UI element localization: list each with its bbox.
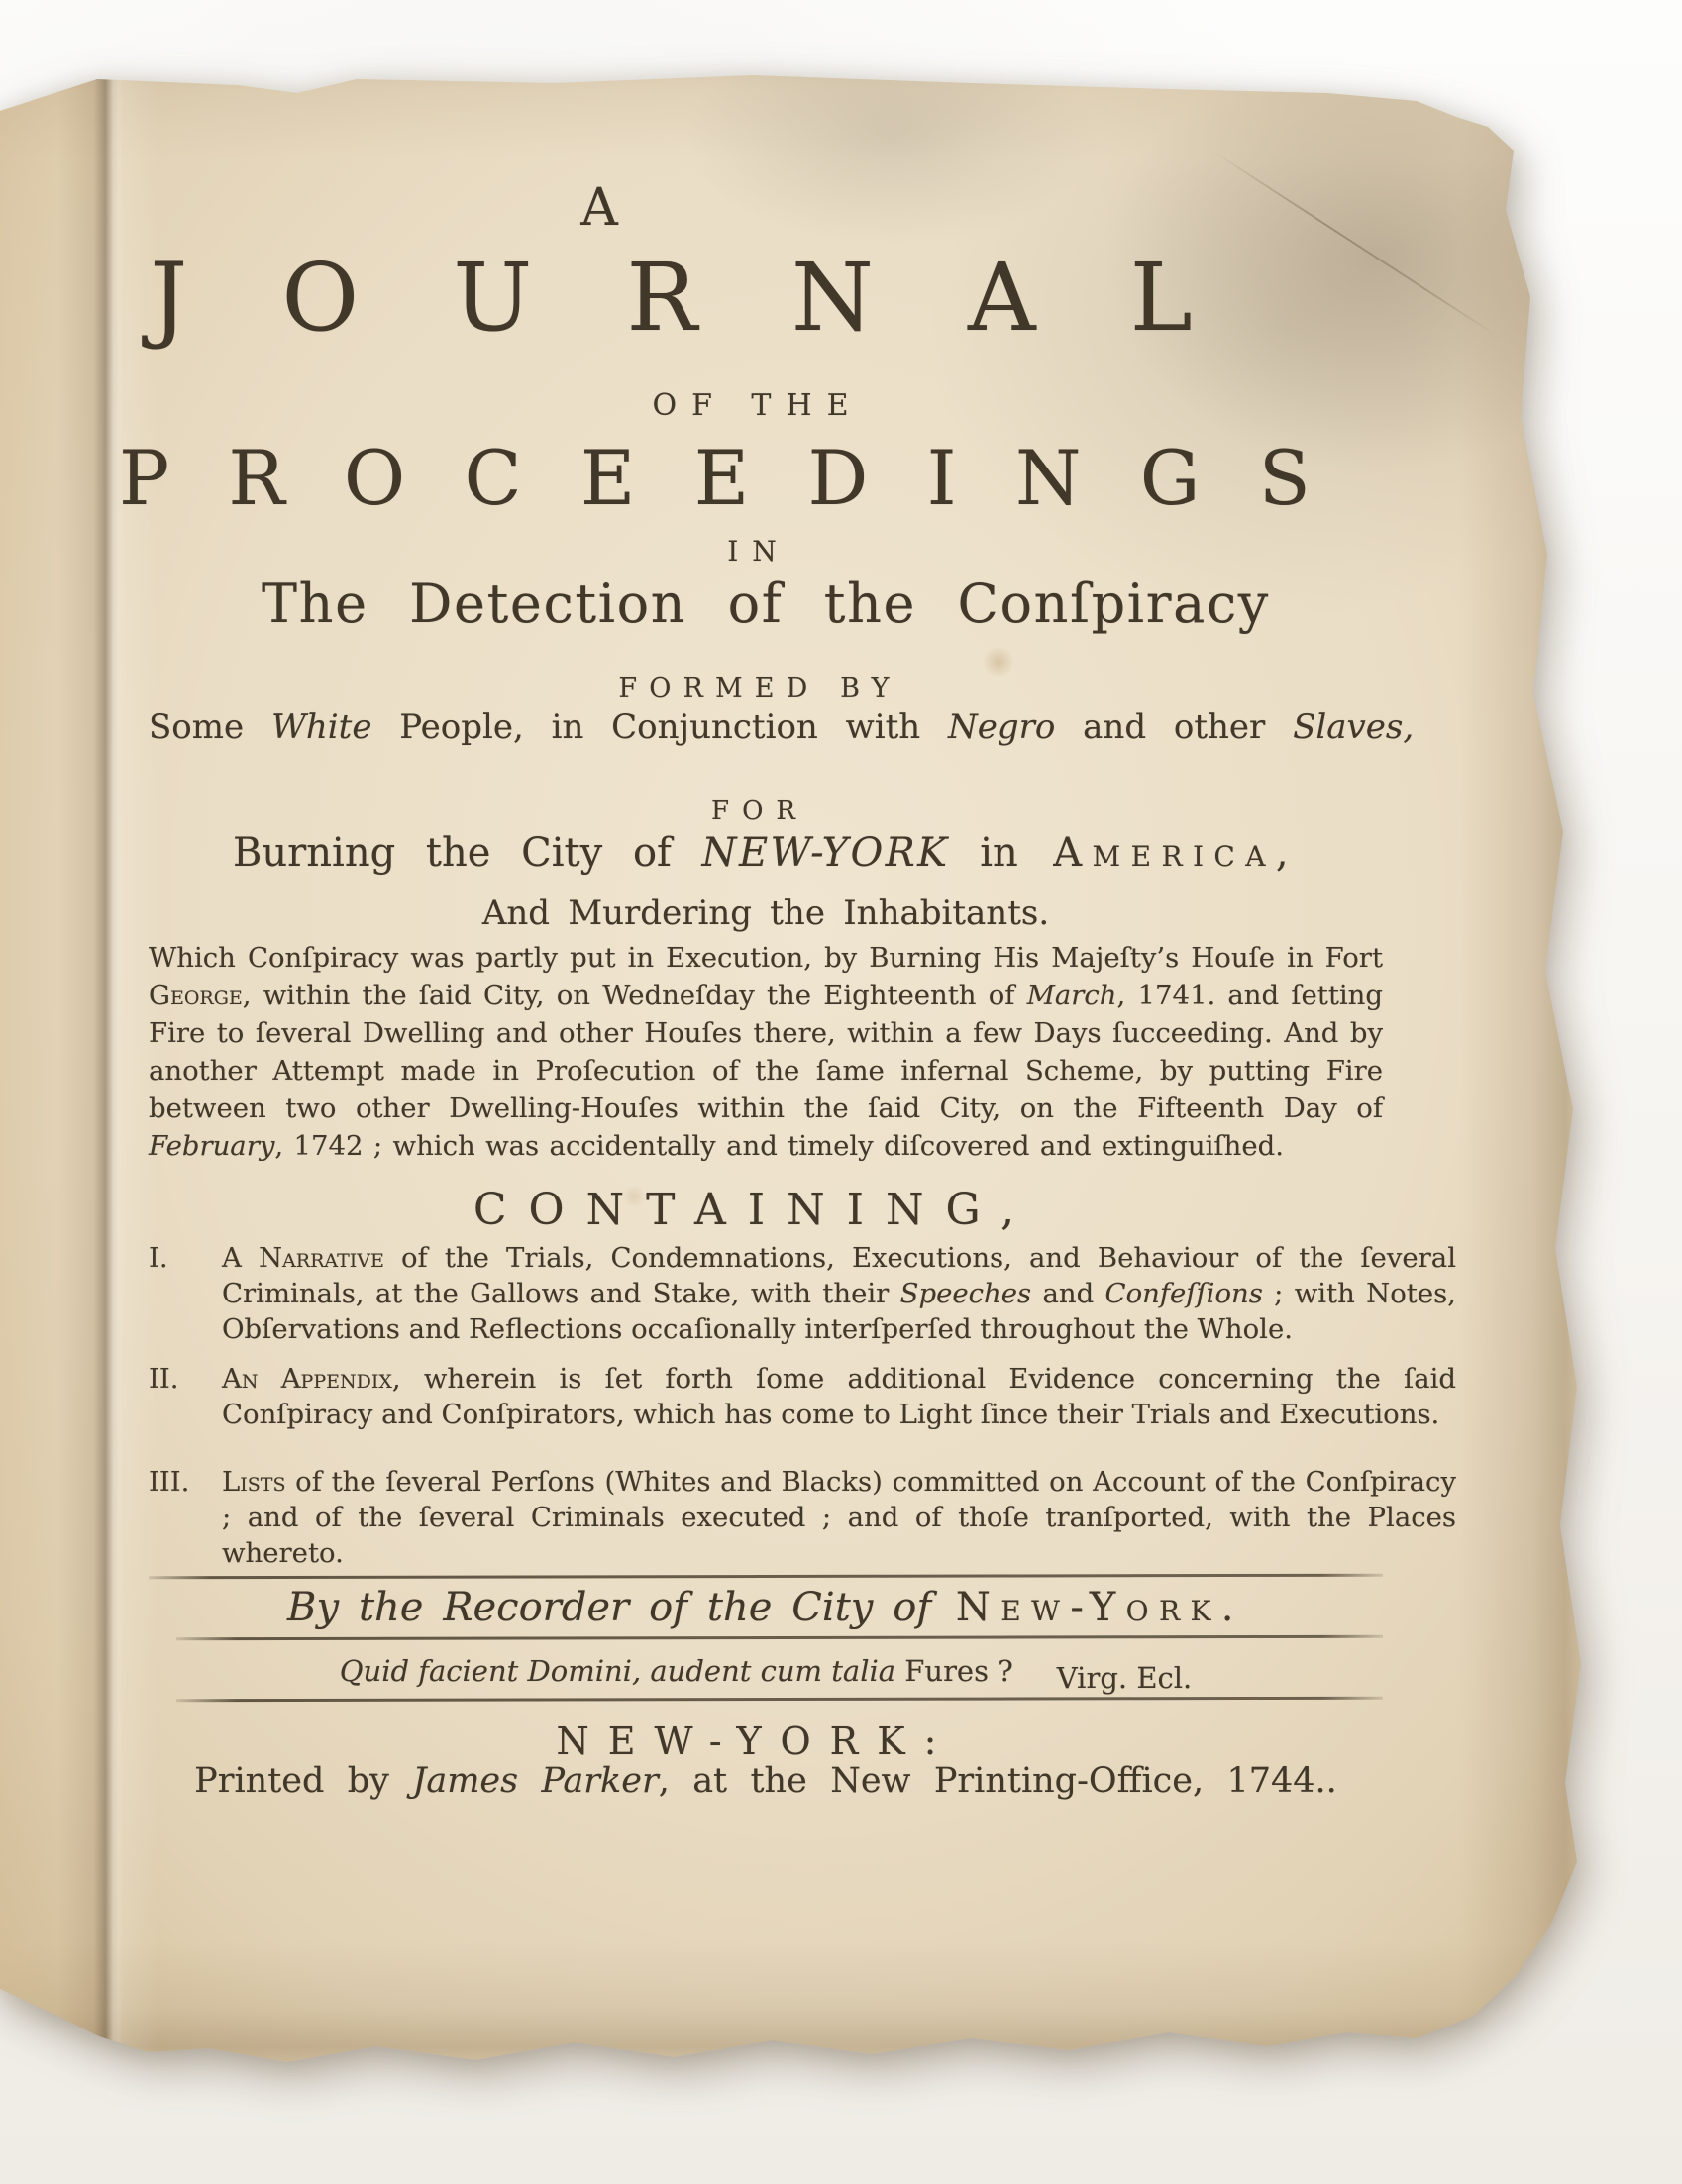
containing-heading: CONTAINING, (138, 1185, 1372, 1235)
title-in: IN (142, 535, 1376, 568)
formed-by-heading: FORMED BY (143, 674, 1377, 704)
text-run: Some (149, 707, 271, 747)
title-proceedings: PROCEEDINGS (119, 434, 1353, 522)
purpose-line: Burning the City of NEW-YORK in America, (149, 830, 1383, 876)
text-run: February (149, 1130, 274, 1162)
text-run: People, in Conjunction with (371, 707, 948, 747)
contents-item-1: I.A Narrative of the Trials, Condemnatio… (149, 1240, 1456, 1347)
text-run: Burning the City of (233, 830, 702, 876)
title-of-the: OF THE (141, 388, 1375, 423)
latin-motto: Quid facient Domini, audent cum talia Fu… (149, 1654, 1383, 1688)
motto-attribution: Virg. Ecl. (1057, 1661, 1192, 1695)
imprint-line: Printed by James Parker, at the New Prin… (149, 1761, 1383, 1801)
horizontal-rule-3 (176, 1697, 1383, 1703)
text-run: Quid facient Domini, audent cum talia (340, 1654, 905, 1688)
byline: By the Recorder of the City of New-York. (149, 1585, 1383, 1630)
text-run: , 1742 ; which was accidentally and time… (274, 1130, 1284, 1162)
text-run: A Narrative (222, 1242, 384, 1274)
page-content: A JOURNAL OF THE PROCEEDINGS IN The Dete… (149, 0, 1383, 2184)
formed-by-whom-line: Some White People, in Conjunction with N… (149, 707, 1383, 747)
photograph-backdrop: A JOURNAL OF THE PROCEEDINGS IN The Dete… (0, 0, 1682, 2184)
contents-item-2: II.An Appendix, wherein is ſet forth ſom… (149, 1361, 1456, 1432)
text-run: Slaves, (1293, 707, 1414, 747)
book-title-page: A JOURNAL OF THE PROCEEDINGS IN The Dete… (0, 0, 1682, 2184)
text-run: An Appendix (222, 1363, 392, 1395)
title-main: JOURNAL (101, 244, 1335, 353)
page-shadow: A JOURNAL OF THE PROCEEDINGS IN The Dete… (0, 0, 1682, 2184)
item-numeral: I. (149, 1240, 222, 1276)
item-numeral: II. (149, 1361, 222, 1397)
imprint-city: NEW-YORK: (139, 1719, 1373, 1763)
item-numeral: III. (149, 1464, 222, 1500)
text-run: , within the ſaid City, on Wedneſday the… (243, 980, 1027, 1011)
murdering-line: And Murdering the Inhabitants. (149, 893, 1383, 933)
contents-item-3: III.Lists of the ſeveral Perſons (Whites… (149, 1464, 1456, 1571)
text-run: James Parker (412, 1761, 658, 1801)
text-run: NEW-YORK (702, 830, 950, 876)
text-run: Confeſſions (1105, 1278, 1263, 1309)
text-run: Negro (948, 707, 1055, 747)
text-run: Which Conſpiracy was partly put in Execu… (149, 942, 1383, 974)
text-run: Speeches (900, 1278, 1032, 1309)
text-run: Fures ? (904, 1654, 1012, 1688)
text-run: of the ſeveral Perſons (Whites and Black… (222, 1466, 1456, 1569)
execution-paragraph: Which Conſpiracy was partly put in Execu… (149, 939, 1383, 1165)
text-run: George (149, 980, 243, 1011)
text-run: White (271, 707, 372, 747)
text-run: , wherein is ſet forth ſome additional E… (222, 1363, 1456, 1430)
spine-fold (93, 71, 123, 2045)
text-run: , at the New Printing-Office, 1744.. (659, 1761, 1337, 1801)
text-run: New-York. (956, 1585, 1244, 1630)
text-run: Lists (222, 1466, 285, 1498)
horizontal-rule-2 (176, 1635, 1383, 1641)
text-run: America, (1053, 830, 1299, 876)
horizontal-rule-1 (149, 1574, 1383, 1580)
text-run: and other (1055, 707, 1293, 747)
for-heading: FOR (143, 796, 1377, 826)
text-run: March (1027, 980, 1117, 1011)
text-run: in (949, 830, 1048, 876)
title-article: A (0, 178, 1216, 238)
text-run: By the Recorder of the City of (287, 1585, 951, 1630)
text-run: Printed by (194, 1761, 412, 1801)
title-subtitle: The Detection of the Conſpiracy (149, 572, 1383, 635)
text-run: and (1031, 1278, 1104, 1309)
